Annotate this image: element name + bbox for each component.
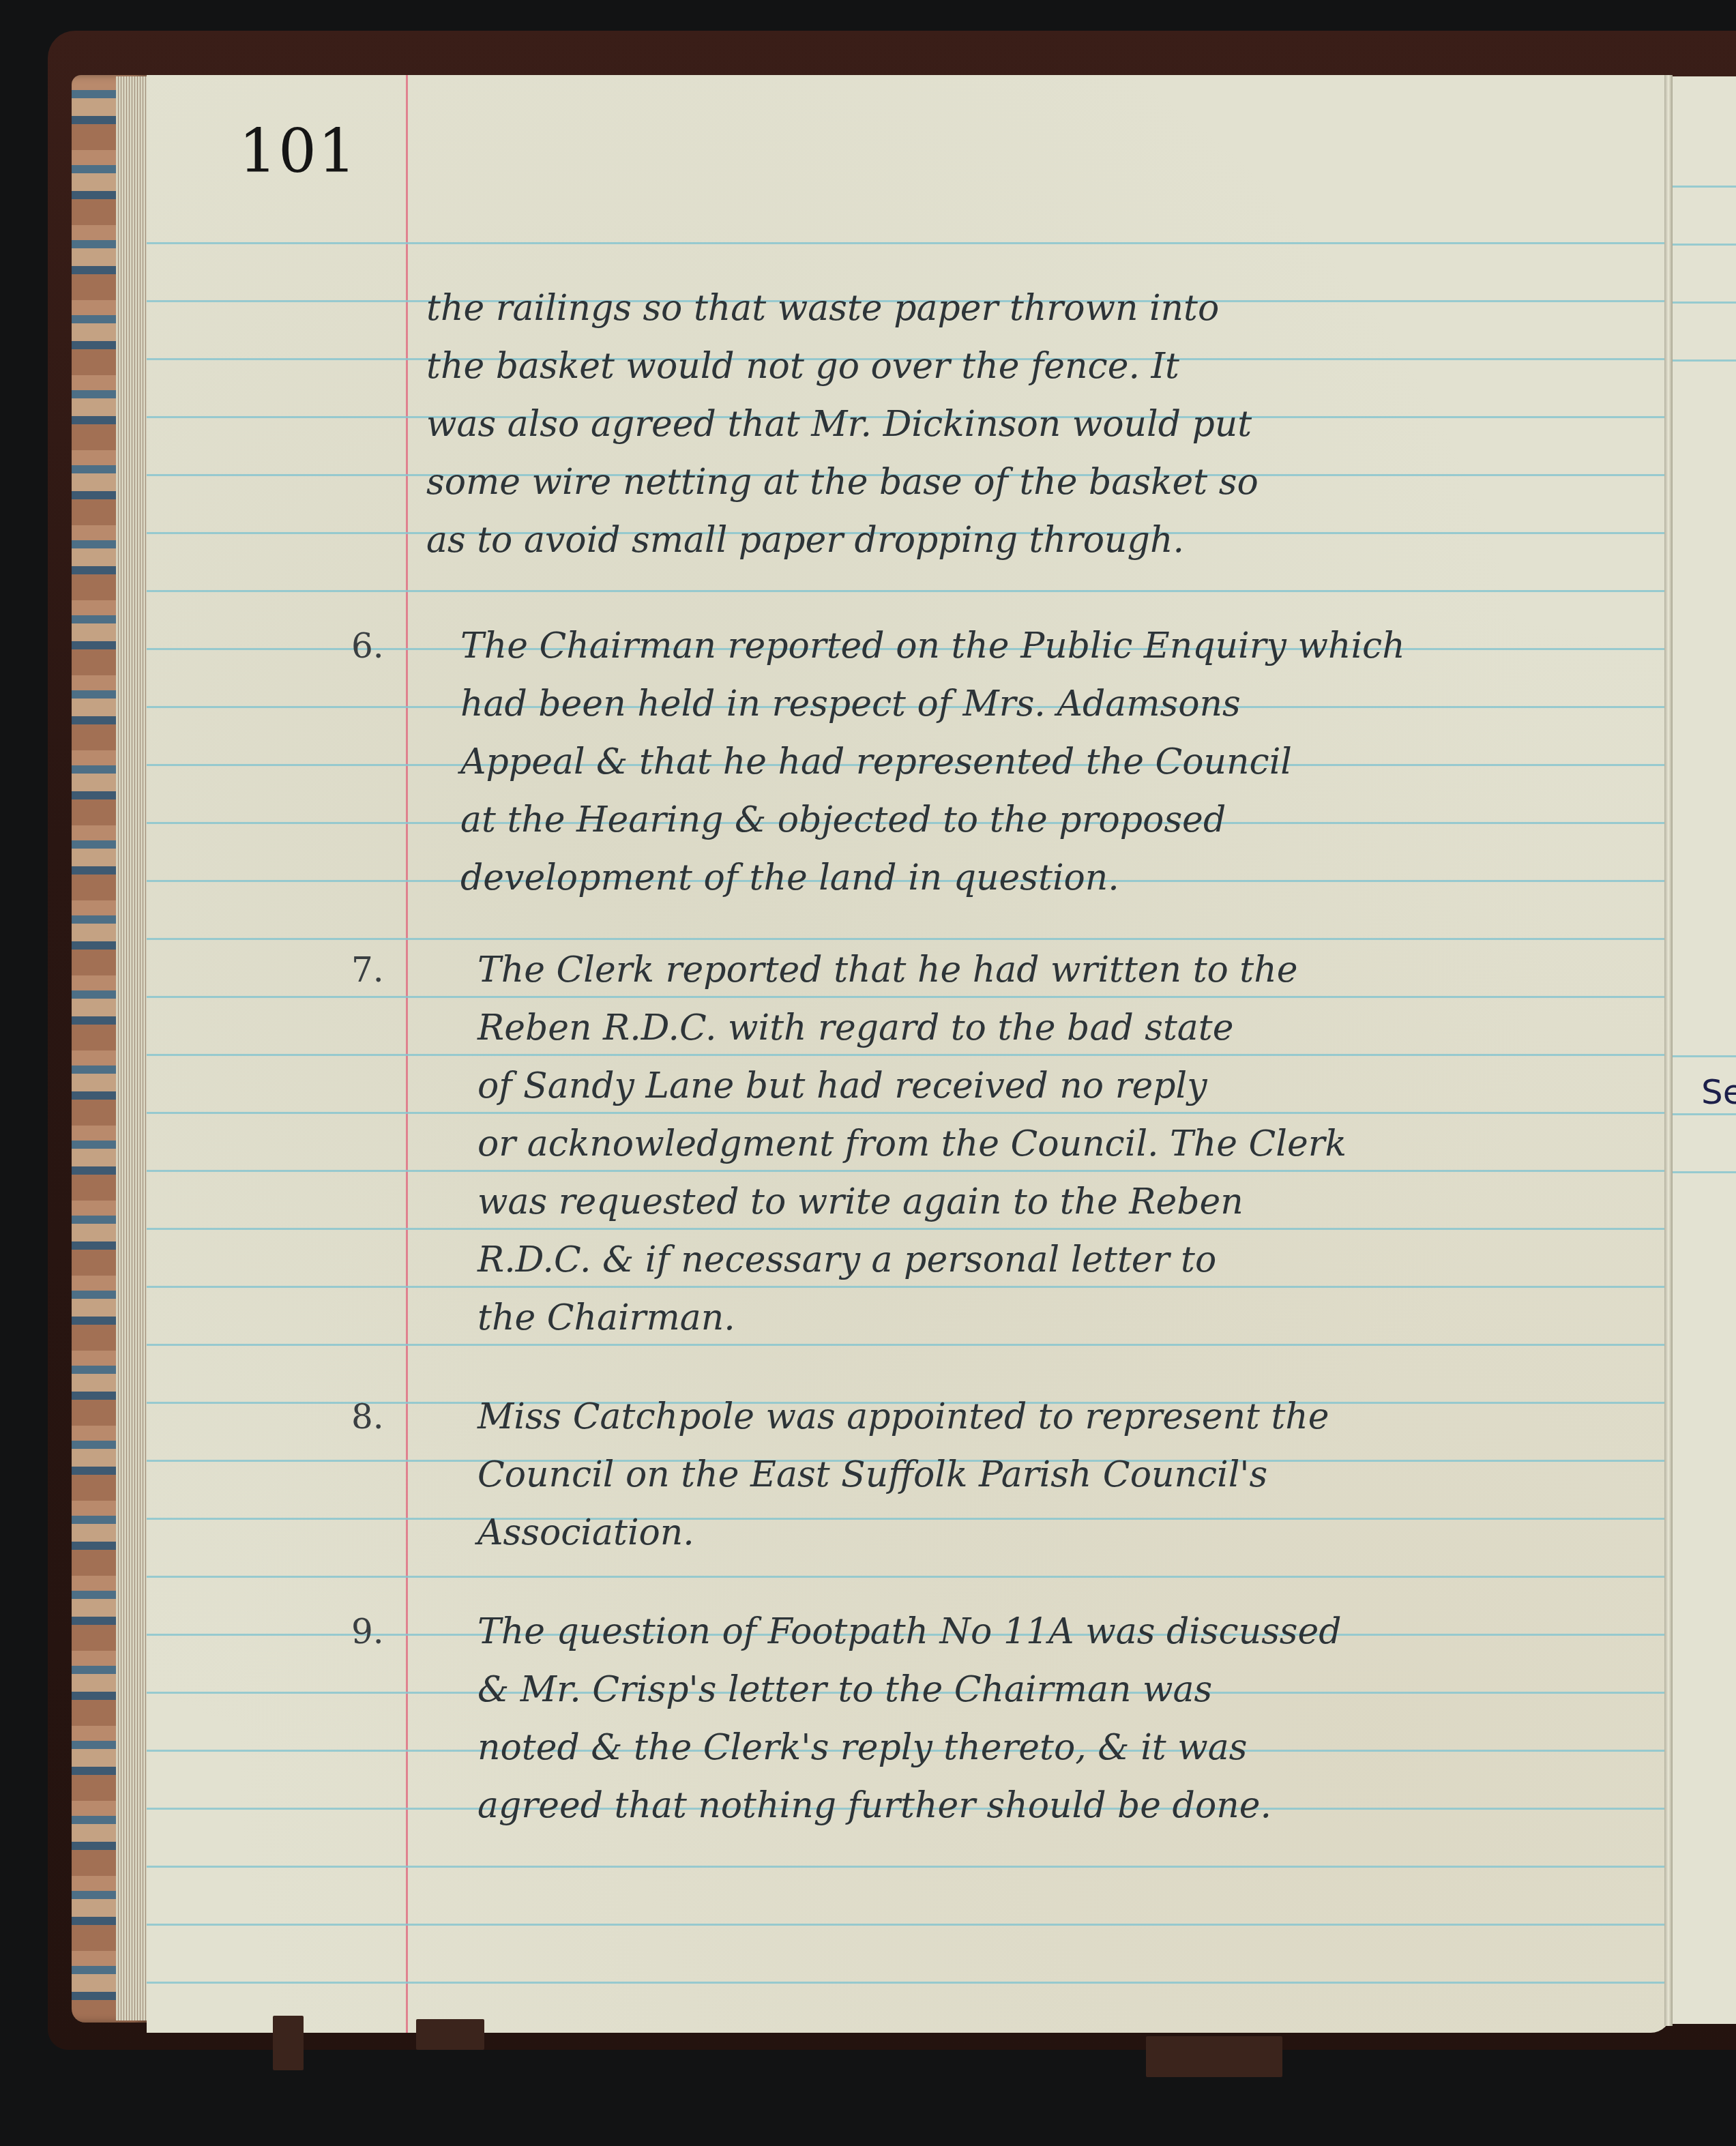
facing-page-text: Se bbox=[1701, 1072, 1736, 1112]
handwritten-line: The Chairman reported on the Public Enqu… bbox=[460, 617, 1405, 675]
ribbon-fray bbox=[1146, 2036, 1282, 2077]
handwritten-line: of Sandy Lane but had received no reply bbox=[477, 1057, 1207, 1115]
handwritten-line: noted & the Clerk's reply thereto, & it … bbox=[477, 1719, 1247, 1777]
item-number: 9. bbox=[351, 1603, 384, 1661]
handwritten-line: Council on the East Suffolk Parish Counc… bbox=[477, 1446, 1267, 1504]
handwritten-line: at the Hearing & objected to the propose… bbox=[460, 791, 1226, 849]
ribbon-fray bbox=[273, 2016, 304, 2070]
handwritten-line: was also agreed that Mr. Dickinson would… bbox=[426, 396, 1252, 454]
item-number: 7. bbox=[351, 941, 384, 999]
handwritten-line: R.D.C. & if necessary a personal letter … bbox=[477, 1231, 1216, 1289]
page-number: 101 bbox=[239, 116, 357, 186]
handwritten-line: agreed that nothing further should be do… bbox=[477, 1777, 1271, 1835]
handwritten-line: was requested to write again to the Rebe… bbox=[477, 1173, 1244, 1231]
rule-line bbox=[1673, 1113, 1736, 1115]
item-number: 6. bbox=[351, 617, 384, 675]
rule-line bbox=[147, 1518, 1671, 1520]
facing-page: Se bbox=[1673, 76, 1736, 2024]
handwritten-line: had been held in respect of Mrs. Adamson… bbox=[460, 675, 1241, 733]
handwritten-line: The Clerk reported that he had written t… bbox=[477, 941, 1298, 999]
handwritten-line: development of the land in question. bbox=[460, 849, 1119, 907]
handwritten-line: Appeal & that he had represented the Cou… bbox=[460, 733, 1292, 791]
handwritten-line: or acknowledgment from the Council. The … bbox=[477, 1115, 1347, 1173]
handwritten-line: & Mr. Crisp's letter to the Chairman was bbox=[477, 1661, 1212, 1719]
handwritten-line: Miss Catchpole was appointed to represen… bbox=[477, 1388, 1329, 1446]
handwritten-line: the railings so that waste paper thrown … bbox=[426, 280, 1219, 338]
handwritten-line: Reben R.D.C. with regard to the bad stat… bbox=[477, 999, 1233, 1057]
ledger-page: 101 the railings so that waste paper thr… bbox=[147, 75, 1671, 2033]
rule-line bbox=[147, 242, 1671, 244]
rule-line bbox=[1673, 244, 1736, 246]
handwritten-line: Association. bbox=[477, 1504, 694, 1562]
handwritten-line: as to avoid small paper dropping through… bbox=[426, 512, 1184, 570]
item-number: 8. bbox=[351, 1388, 384, 1446]
rule-line bbox=[1673, 186, 1736, 188]
rule-line bbox=[147, 938, 1671, 940]
rule-line bbox=[147, 1924, 1671, 1926]
rule-line bbox=[147, 1982, 1671, 1984]
rule-line bbox=[1673, 302, 1736, 304]
handwritten-line: the Chairman. bbox=[477, 1289, 735, 1347]
rule-line bbox=[1673, 1055, 1736, 1057]
handwritten-line: the basket would not go over the fence. … bbox=[426, 338, 1179, 396]
rule-line bbox=[1673, 359, 1736, 362]
rule-line bbox=[147, 1344, 1671, 1346]
rule-line bbox=[147, 1576, 1671, 1578]
handwritten-line: The question of Footpath No 11A was disc… bbox=[477, 1603, 1342, 1661]
rule-line bbox=[147, 590, 1671, 592]
book-gutter bbox=[1664, 75, 1673, 2026]
handwritten-line: some wire netting at the base of the bas… bbox=[426, 454, 1259, 512]
rule-line bbox=[1673, 1171, 1736, 1173]
rule-line bbox=[147, 1866, 1671, 1868]
ribbon-fray bbox=[416, 2019, 484, 2050]
